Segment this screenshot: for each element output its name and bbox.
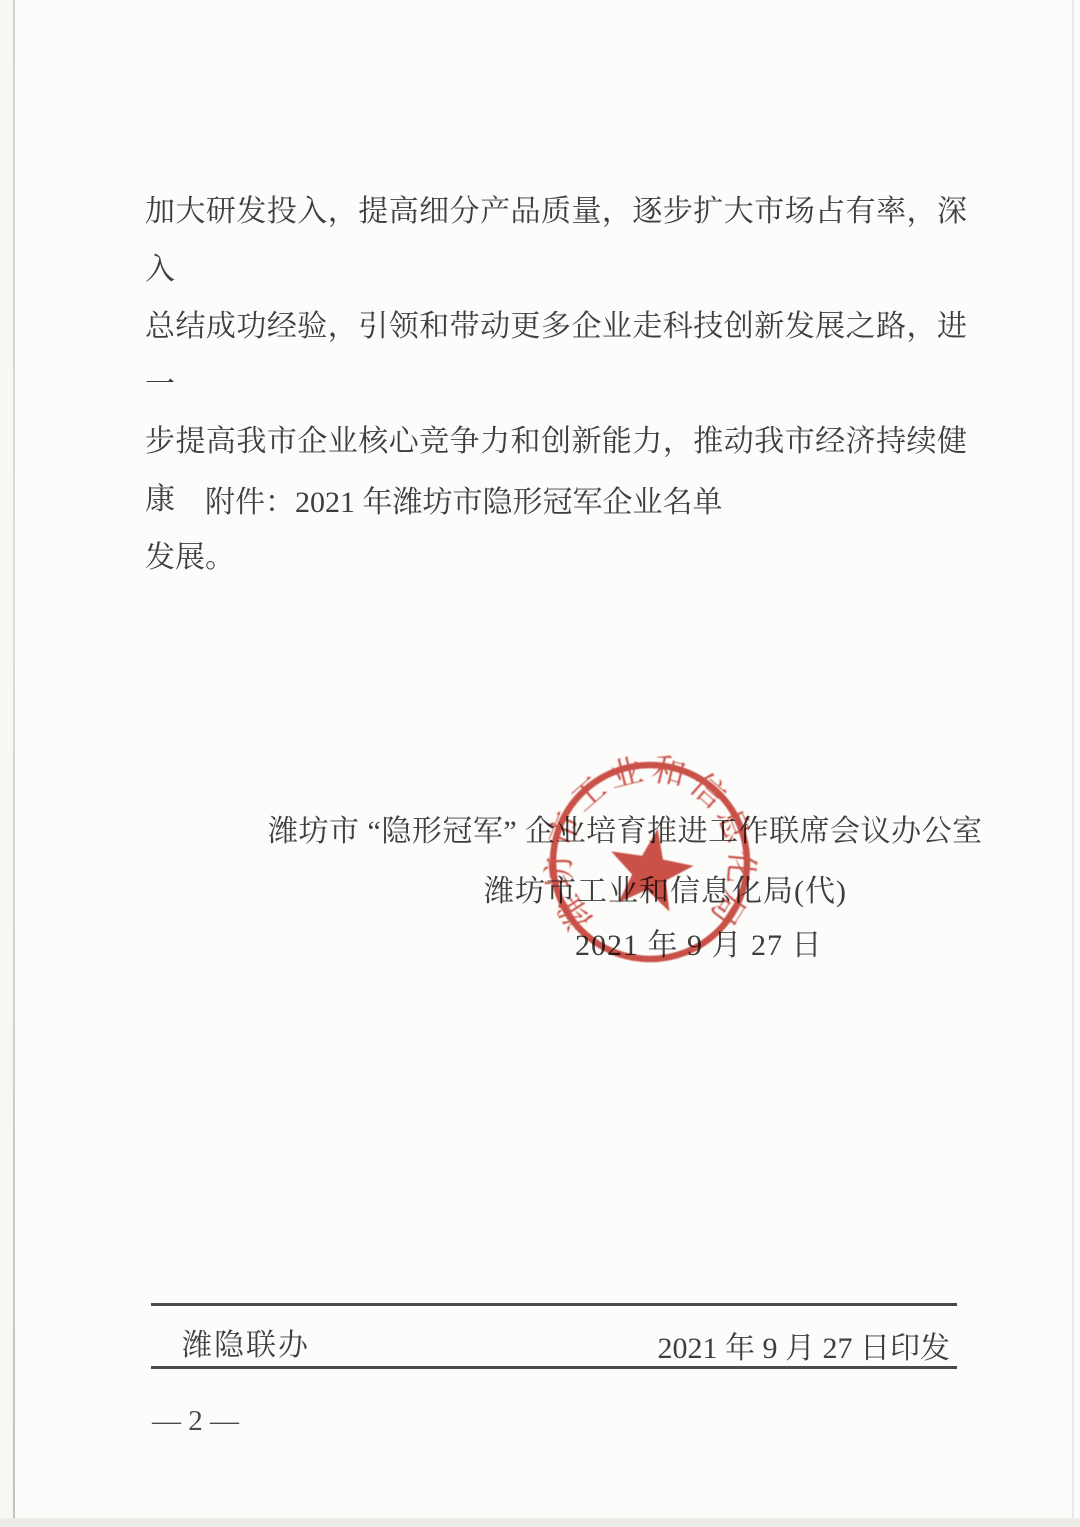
body-line: 发展。: [145, 529, 967, 587]
scan-left-edge-line: [13, 0, 15, 1527]
scan-right-edge-line: [1072, 0, 1074, 1527]
document-page: 加大研发投入，提高细分产品质量，逐步扩大市场占有率，深入 总结成功经验，引领和带…: [0, 0, 1080, 1527]
body-line: 总结成功经验，引领和带动更多企业走科技创新发展之路，进一: [145, 298, 967, 413]
page-number: — 2 —: [152, 1405, 239, 1438]
scan-bottom-edge: [0, 1518, 1080, 1527]
body-paragraph: 加大研发投入，提高细分产品质量，逐步扩大市场占有率，深入 总结成功经验，引领和带…: [145, 183, 967, 586]
footer-rule-bottom: [151, 1366, 957, 1369]
footer-issuer-label: 潍隐联办: [182, 1320, 310, 1364]
signature-date: 2021 年 9 月 27 日: [575, 920, 823, 964]
footer-rule-top: [151, 1303, 957, 1306]
scan-left-strip: [0, 0, 13, 1527]
footer-print-date: 2021 年 9 月 27 日印发: [658, 1323, 951, 1367]
body-line: 加大研发投入，提高细分产品质量，逐步扩大市场占有率，深入: [145, 183, 967, 298]
attachment-line: 附件：2021 年潍坊市隐形冠军企业名单: [205, 477, 723, 521]
signature-agency-name: 潍坊市工业和信息化局(代): [484, 866, 847, 910]
signature-office-name: 潍坊市 “隐形冠军” 企业培育推进工作联席会议办公室: [268, 806, 983, 850]
